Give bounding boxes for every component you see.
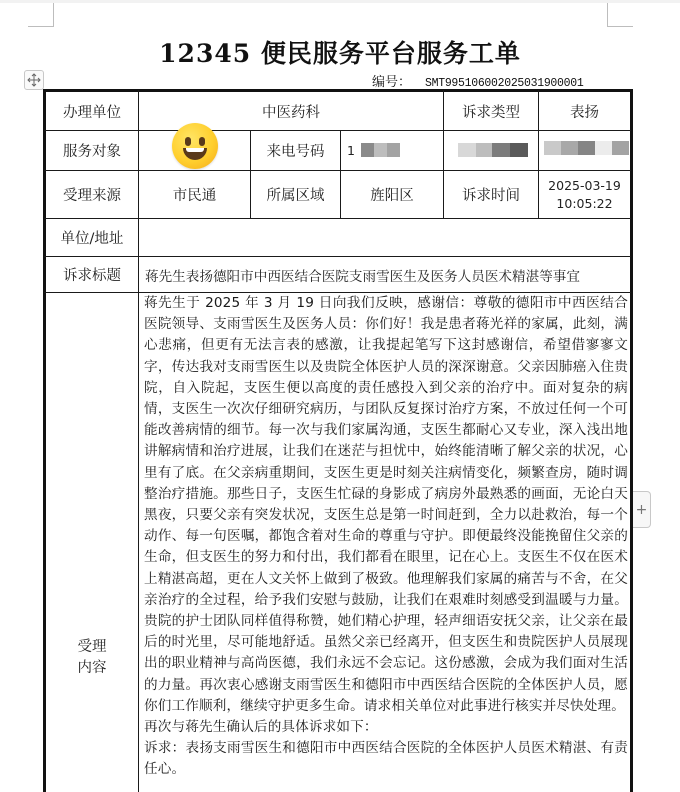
caller-number-label: 来电号码 <box>251 131 340 170</box>
source-label: 受理来源 <box>46 171 138 218</box>
document-title: 12345 便民服务平台服务工单 <box>0 34 680 70</box>
service-target-value[interactable] <box>139 121 250 170</box>
content-label: 受理 内容 <box>46 293 138 792</box>
subject-value[interactable]: 蒋先生表扬德阳市中西医结合医院支雨雪医生及医务人员医术精湛等事宜 <box>139 257 630 292</box>
request-clock: 10:05:22 <box>556 195 612 213</box>
serial-number: 编号：SMT995106002025031900001 <box>372 71 583 90</box>
add-column-button[interactable]: + <box>633 491 651 528</box>
smiley-emoji-icon <box>172 123 218 169</box>
page-margin-corner-top-right <box>607 3 633 27</box>
handling-unit-label: 办理单位 <box>46 92 138 130</box>
request-type-value[interactable]: 表扬 <box>539 92 630 130</box>
redacted-field <box>544 141 629 155</box>
request-date: 2025-03-19 <box>548 177 621 195</box>
serial-label: 编号： <box>372 75 411 90</box>
request-time-label: 诉求时间 <box>444 171 538 218</box>
window-top-edge <box>0 0 680 3</box>
content-paragraph: 蒋先生于 2025 年 3 月 19 日向我们反映，感谢信：尊敬的德阳市中西医结… <box>144 293 628 717</box>
caller-number-value[interactable]: 1 <box>341 131 443 170</box>
region-value[interactable]: 旌阳区 <box>341 171 443 218</box>
content-paragraph: 再次与蒋先生确认后的具体诉求如下： <box>144 717 628 738</box>
source-value[interactable]: 市民通 <box>139 171 250 218</box>
region-label: 所属区域 <box>251 171 340 218</box>
address-label: 单位/地址 <box>46 219 138 256</box>
plus-icon: + <box>636 502 648 518</box>
table-move-handle[interactable] <box>24 70 44 90</box>
serial-value: SMT995106002025031900001 <box>425 77 583 90</box>
page-margin-corner-top-left <box>28 3 54 27</box>
service-target-label: 服务对象 <box>46 131 138 170</box>
content-label-line2: 内容 <box>78 658 107 679</box>
table-border-right <box>630 89 633 792</box>
caller-number-prefix: 1 <box>347 143 355 158</box>
subject-label: 诉求标题 <box>46 257 138 292</box>
request-time-value[interactable]: 2025-03-19 10:05:22 <box>539 171 630 218</box>
address-value[interactable] <box>139 219 630 256</box>
content-label-line1: 受理 <box>78 637 107 658</box>
request-type-label: 诉求类型 <box>444 92 538 130</box>
move-arrows-icon <box>27 73 41 87</box>
content-paragraph: 诉求：表扬支雨雪医生和德阳市中西医结合医院的全体医护人员医术精湛、有责任心。 <box>144 738 628 780</box>
content-body[interactable]: 蒋先生于 2025 年 3 月 19 日向我们反映，感谢信：尊敬的德阳市中西医结… <box>144 293 628 781</box>
redacted-field <box>458 143 528 157</box>
